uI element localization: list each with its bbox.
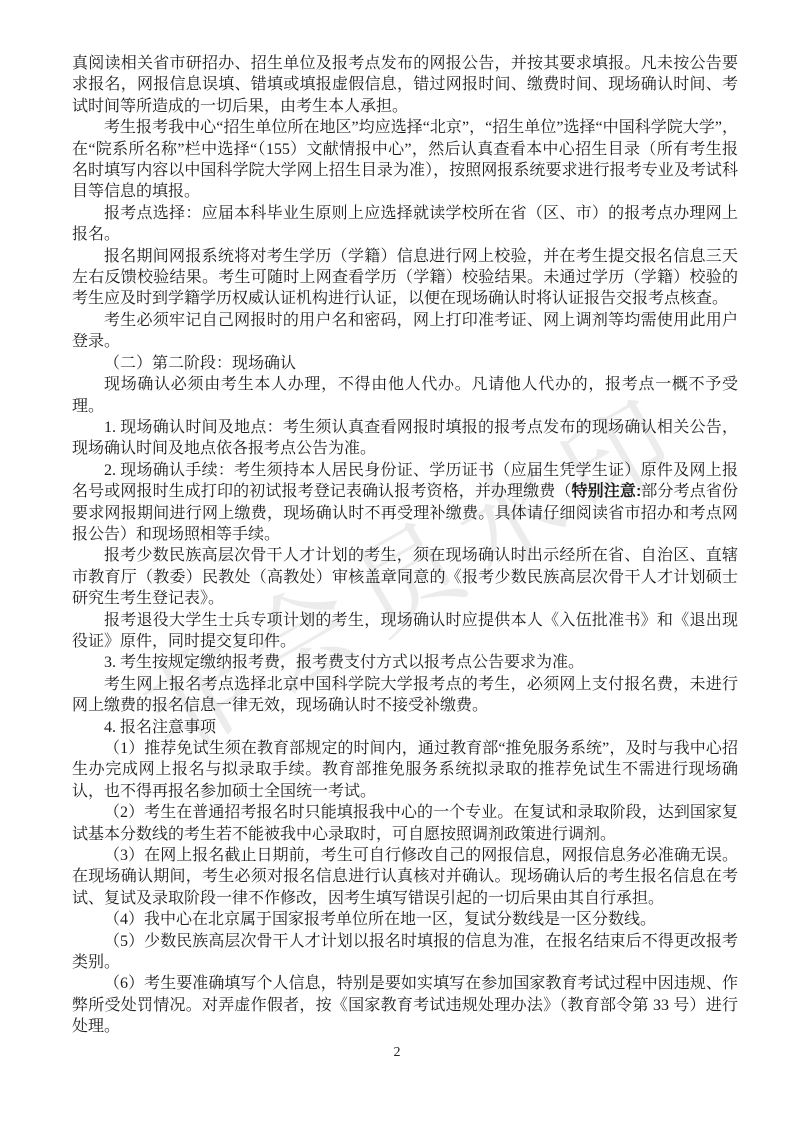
paragraph-note-2-one-major: （2）考生在普通招考报名时只能填报我中心的一个专业。在复试和录取阶段，达到国家复… (72, 802, 738, 845)
paragraph-exam-site-choice: 报考点选择：应届本科毕业生原则上应选择就读学校所在省（区、市）的报考点办理网上报… (72, 203, 738, 246)
paragraph-continuation: 真阅读相关省市研招办、招生单位及报考点发布的网报公告，并按其要求填报。凡未按公告… (72, 53, 738, 117)
heading-stage-two-onsite-confirmation: （二）第二阶段：现场确认 (72, 353, 738, 374)
heading-registration-notes: 4. 报名注意事项 (72, 717, 738, 738)
paragraph-note-4-zone-one: （4）我中心在北京属于国家报考单位所在地一区，复试分数线是一区分数线。 (72, 909, 738, 930)
paragraph-exam-fee: 3. 考生按规定缴纳报考费，报考费支付方式以报考点公告要求为准。 (72, 652, 738, 673)
page-body-text: 真阅读相关省市研招办、招生单位及报考点发布的网报公告，并按其要求填报。凡未按公告… (72, 53, 738, 1038)
paragraph-confirmation-procedure: 2. 现场确认手续：考生须持本人居民身份证、学历证书（应届生凭学生证）原件及网上… (72, 460, 738, 546)
page-number: 2 (0, 1045, 794, 1061)
special-notice-label: 特别注意: (572, 483, 642, 500)
paragraph-note-1-exempt-students: （1）推荐免试生须在教育部规定的时间内，通过教育部“推免服务系统”，及时与我中心… (72, 738, 738, 802)
paragraph-note-3-modify-info: （3）在网上报名截止日期前，考生可自行修改自己的网报信息，网报信息务必准确无误。… (72, 845, 738, 909)
paragraph-username-password: 考生必须牢记自己网报时的用户名和密码，网上打印准考证、网上调剂等均需使用此用户登… (72, 310, 738, 353)
paragraph-beijing-online-payment: 考生网上报名考点选择北京中国科学院大学报考点的考生，必须网上支付报名费，未进行网… (72, 674, 738, 717)
document-page: { "page": { "number": "2", "watermark": … (0, 0, 794, 1123)
paragraph-online-verification: 报名期间网报系统将对考生学历（学籍）信息进行网上校验，并在考生提交报名信息三天左… (72, 246, 738, 310)
paragraph-veteran-program: 报考退役大学生士兵专项计划的考生，现场确认时应提供本人《入伍批准书》和《退出现役… (72, 610, 738, 653)
paragraph-must-attend-in-person: 现场确认必须由考生本人办理，不得由他人代办。凡请他人代办的，报考点一概不予受理。 (72, 374, 738, 417)
paragraph-registration-unit: 考生报考我中心“招生单位所在地区”均应选择“北京”，“招生单位”选择“中国科学院… (72, 117, 738, 203)
paragraph-note-5-category-fixed: （5）少数民族高层次骨干人才计划以报名时填报的信息为准，在报名结束后不得更改报考… (72, 931, 738, 974)
paragraph-minority-program: 报考少数民族高层次骨干人才计划的考生，须在现场确认时出示经所在省、自治区、直辖市… (72, 545, 738, 609)
paragraph-confirmation-time-place: 1. 现场确认时间及地点：考生须认真查看网报时填报的报考点发布的现场确认相关公告… (72, 417, 738, 460)
paragraph-note-6-accurate-info: （6）考生要准确填写个人信息，特别是要如实填写在参加国家教育考试过程中因违规、作… (72, 973, 738, 1037)
